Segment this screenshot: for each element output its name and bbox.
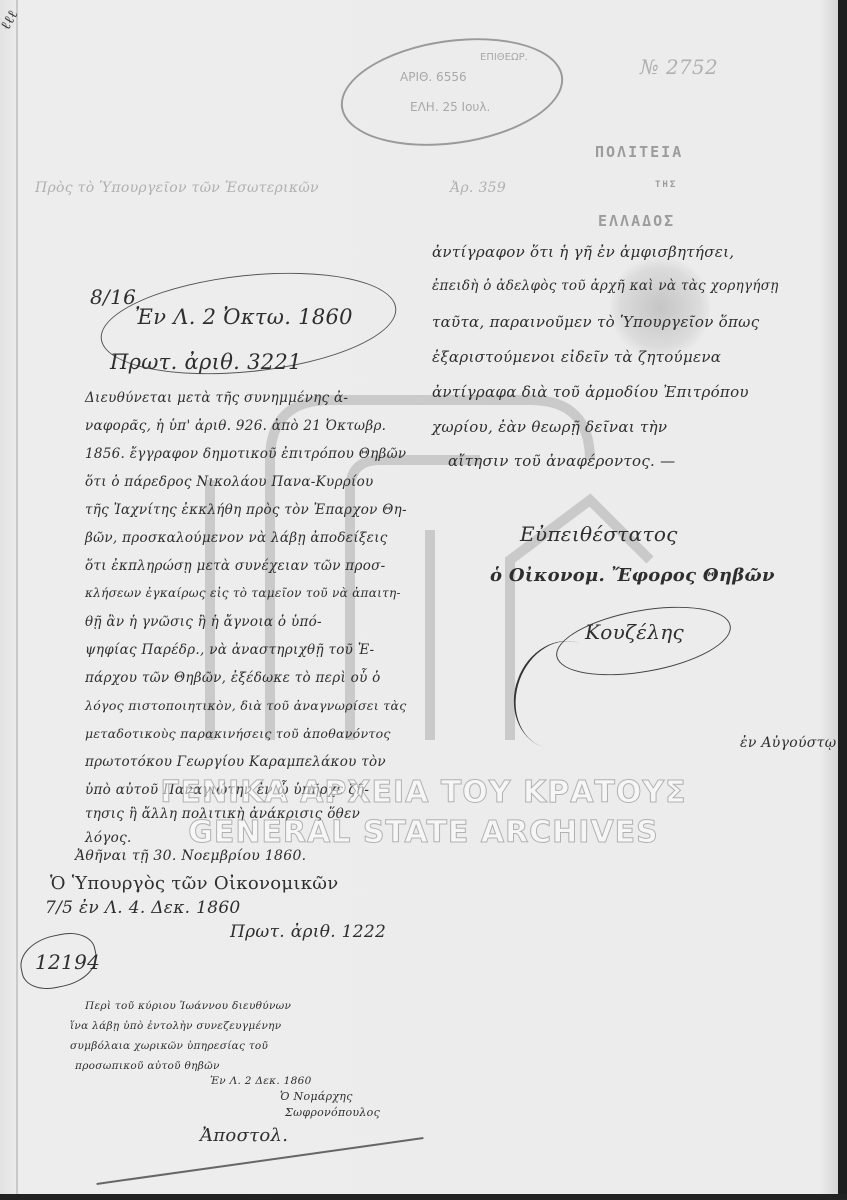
binding-line bbox=[16, 0, 18, 1194]
left-body-line: 1856. ἔγγραφον δημοτικοῦ ἐπιτρόπου Θηβῶν bbox=[85, 446, 406, 462]
bottom-signature: Ἀποστολ. bbox=[200, 1125, 288, 1146]
stamp-line-1: ΕΠΙΘΕΩΡ. bbox=[480, 52, 528, 63]
watermark-english: GENERAL STATE ARCHIVES bbox=[0, 815, 847, 850]
left-body-line: Διευθύνεται μετὰ τῆς συνημμένης ἀ- bbox=[85, 390, 348, 406]
header-line-1: ΠΟΛΙΤΕΙΑ bbox=[595, 143, 683, 161]
margin-number: 12194 bbox=[35, 950, 100, 974]
closing-date: Ἀθῆναι τῇ 30. Νοεμβρίου 1860. bbox=[75, 848, 306, 864]
left-body-line: τῆς Ἰαχνίτης ἐκκλήθη πρὸς τὸν Ἐπαρχον Θη… bbox=[85, 502, 407, 518]
wax-seal-impression bbox=[610, 255, 710, 360]
stamp-line-3: ΕΛΗ. 25 Ιουλ. bbox=[410, 100, 490, 114]
reverse-side-number: Ἀρ. 359 bbox=[450, 180, 506, 196]
reference-line-1: 7/5 ἐν Λ. 4. Δεκ. 1860 bbox=[45, 898, 241, 918]
left-body-line: πάρχου τῶν Θηβῶν, ἐξέδωκε τὸ περὶ οὗ ὁ bbox=[85, 670, 381, 686]
note-line: Σωφρονόπουλος bbox=[285, 1106, 380, 1119]
document-page: ℓℓℓ ΕΠΙΘΕΩΡ. ΑΡΙΘ. 6556 ΕΛΗ. 25 Ιουλ. № … bbox=[0, 0, 840, 1194]
left-body-line: βῶν, προσκαλούμενον νὰ λάβῃ ἀποδείξεις bbox=[85, 530, 388, 546]
minister-title: Ὁ Ὑπουργὸς τῶν Οἰκονομικῶν bbox=[50, 873, 339, 894]
left-body-line: λόγος πιστοποιητικὸν, διὰ τοῦ ἀναγνωρίσε… bbox=[85, 698, 407, 713]
right-body-line: ταῦτα, παραινοῦμεν τὸ Ὑπουργεῖον ὅπως bbox=[432, 313, 759, 331]
note-line: Ὁ Νομάρχης bbox=[280, 1090, 353, 1103]
signer-signature: Κουζέλης bbox=[585, 620, 684, 644]
note-line: Περὶ τοῦ κύριου Ἰωάννου διευθύνων bbox=[85, 1000, 291, 1012]
left-body-line: ναφορᾶς, ἡ ὑπ' ἀριθ. 926. ἀπὸ 21 Ὀκτωβρ. bbox=[85, 418, 386, 434]
note-line: προσωπικοῦ αὐτοῦ θηβῶν bbox=[75, 1060, 220, 1072]
left-body-line: πρωτοτόκου Γεωργίου Καραμπελάκου τὸν bbox=[85, 754, 386, 770]
corner-mark: ℓℓℓ bbox=[0, 8, 22, 34]
received-date: Ἐν Λ. 2 Ὀκτω. 1860 bbox=[135, 305, 353, 329]
scan-edge-bottom bbox=[0, 1194, 847, 1200]
note-line: Ἐν Λ. 2 Δεκ. 1860 bbox=[210, 1075, 312, 1087]
right-body-line: χωρίου, ἐὰν θεωρῇ δεῖναι τὴν bbox=[432, 418, 667, 436]
watermark-greek: ΓΕΝΙΚΑ ΑΡΧΕΙΑ ΤΟΥ ΚΡΑΤΟΥΣ bbox=[0, 775, 847, 810]
right-body-line: ἀντίγραφα διὰ τοῦ ἁρμοδίου Ἐπιτρόπου bbox=[432, 383, 749, 401]
note-line: συμβόλαια χωρικῶν ὑπηρεσίας τοῦ bbox=[70, 1040, 268, 1052]
header-line-3: ΕΛΛΑΔΟΣ bbox=[598, 212, 675, 230]
right-body-line: αἴτησιν τοῦ ἀναφέροντος. — bbox=[448, 452, 675, 470]
document-number: № 2752 bbox=[640, 55, 718, 79]
right-body-line: ἐξαριστούμενοι εἰδεῖν τὰ ζητούμενα bbox=[432, 348, 721, 366]
registry-stamp bbox=[334, 25, 570, 159]
note-line: ἵνα λάβῃ ὑπὸ ἐντολὴν συνεζευγμένην bbox=[70, 1020, 281, 1032]
left-body-line: ψηφίας Παρέδρ., νὰ ἀναστηριχθῇ τοῦ Ἐ- bbox=[85, 642, 374, 658]
reference-line-2: Πρωτ. ἀριθ. 1222 bbox=[230, 922, 386, 942]
left-body-line: κλήσεων ἐγκαίρως εἰς τὸ ταμεῖον τοῦ νὰ ἀ… bbox=[85, 586, 401, 600]
header-line-2: ΤΗΣ bbox=[655, 180, 677, 190]
reverse-side-text: Πρὸς τὸ Ὑπουργεῖον τῶν Ἐσωτερικῶν bbox=[35, 180, 319, 196]
left-body-line: θῇ ἂν ἡ γνῶσις ἢ ἡ ἄγνοια ὁ ὑπό- bbox=[85, 614, 322, 630]
left-body-line: ὅτι ὁ πάρεδρος Νικολάου Πανα-Κυρρίου bbox=[85, 474, 374, 490]
left-body-line: ὅτι ἐκπληρώσῃ μετὰ συνέχειαν τῶν προσ- bbox=[85, 558, 386, 574]
left-body-line: μεταδοτικοὺς παρακινήσεις τοῦ ἀποθανόντο… bbox=[85, 726, 391, 741]
right-body-line: ἐπειδὴ ὁ ἀδελφὸς τοῦ ἀρχῆ καὶ νὰ τὰς χορ… bbox=[432, 278, 779, 294]
stamp-line-2: ΑΡΙΘ. 6556 bbox=[400, 70, 467, 84]
protocol-number: Πρωτ. ἀριθ. 3221 bbox=[110, 350, 302, 374]
closing-salutation: Εὐπειθέστατος bbox=[520, 522, 678, 546]
signer-title: ὁ Οἰκονομ. Ἔφορος Θηβῶν bbox=[490, 565, 775, 586]
side-note: ἐν Αὐγούστῳ bbox=[740, 735, 836, 751]
scan-edge-right bbox=[838, 0, 847, 1200]
right-body-line: ἀντίγραφον ὅτι ἡ γῆ ἐν ἀμφισβητήσει, bbox=[432, 243, 734, 261]
